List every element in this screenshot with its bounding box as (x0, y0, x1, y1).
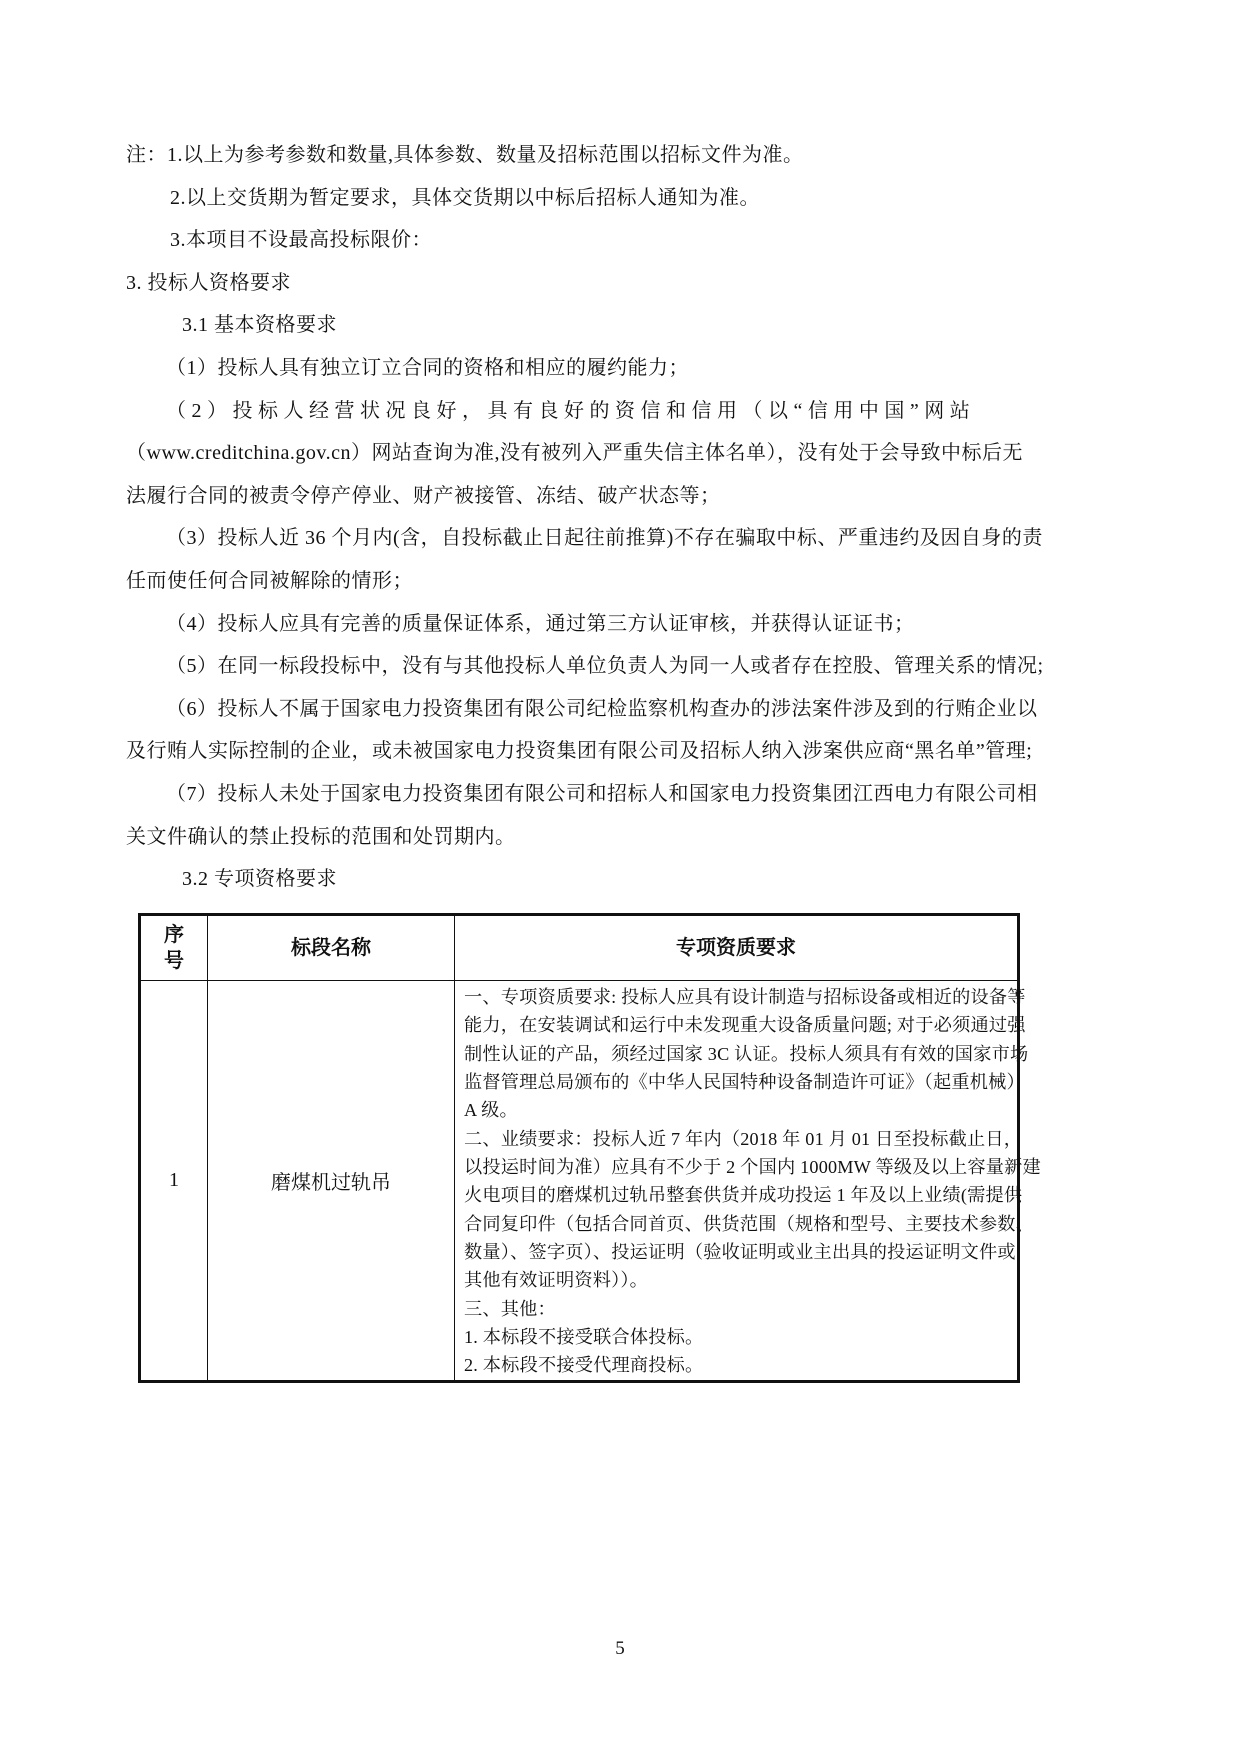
paragraph-line: （1）投标人具有独立订立合同的资格和相应的履约能力； (126, 347, 1026, 390)
document-page: 注：1.以上为参考参数和数量,具体参数、数量及招标范围以招标文件为准。2.以上交… (0, 0, 1240, 1754)
requirement-line: 制性认证的产品，须经过国家 3C 认证。投标人须具有有效的国家市场 (464, 1040, 1009, 1068)
special-qualification-table: 序 号 标段名称 专项资质要求 1 磨煤机过轨吊 一、专项资质要求: 投标人应具… (138, 913, 1020, 1383)
paragraph-line: 3. 投标人资格要求 (126, 262, 1026, 305)
requirement-line: 合同复印件（包括合同首页、供货范围（规格和型号、主要技术参数、 (464, 1210, 1009, 1238)
requirement-lines: 一、专项资质要求: 投标人应具有设计制造与招标设备或相近的设备等能力，在安装调试… (464, 983, 1009, 1380)
paragraph-line: 3.本项目不设最高投标限价： (126, 219, 1026, 262)
requirement-line: 监督管理总局颁布的《中华人民国特种设备制造许可证》（起重机械） (464, 1068, 1009, 1096)
requirement-line: 1. 本标段不接受联合体投标。 (464, 1323, 1009, 1351)
requirement-line: 以投运时间为准）应具有不少于 2 个国内 1000MW 等级及以上容量新建 (464, 1153, 1009, 1181)
paragraph-line: （2）投标人经营状况良好，具有良好的资信和信用（以“信用中国”网站 (126, 390, 1026, 433)
header-cell-requirements: 专项资质要求 (455, 915, 1019, 981)
paragraph-line: （www.creditchina.gov.cn）网站查询为准,没有被列入严重失信… (126, 432, 1026, 475)
table-data-row: 1 磨煤机过轨吊 一、专项资质要求: 投标人应具有设计制造与招标设备或相近的设备… (140, 981, 1019, 1382)
requirement-line: 二、业绩要求：投标人近 7 年内（2018 年 01 月 01 日至投标截止日， (464, 1125, 1009, 1153)
requirement-line: 能力，在安装调试和运行中未发现重大设备质量问题; 对于必须通过强 (464, 1011, 1009, 1039)
header-cell-section-name: 标段名称 (208, 915, 455, 981)
requirement-line: 火电项目的磨煤机过轨吊整套供货并成功投运 1 年及以上业绩(需提供 (464, 1181, 1009, 1209)
paragraph-line: 关文件确认的禁止投标的范围和处罚期内。 (126, 816, 1026, 859)
cell-serial-no: 1 (140, 981, 208, 1382)
paragraph-line: 法履行合同的被责令停产停业、财产被接管、冻结、破产状态等； (126, 475, 1026, 518)
paragraph-line: 3.2 专项资格要求 (126, 858, 1026, 901)
paragraph-line: （5）在同一标段投标中，没有与其他投标人单位负责人为同一人或者存在控股、管理关系… (126, 645, 1026, 688)
paragraph-line: 3.1 基本资格要求 (126, 304, 1026, 347)
paragraph-line: 注：1.以上为参考参数和数量,具体参数、数量及招标范围以招标文件为准。 (126, 134, 1026, 177)
table-header-row: 序 号 标段名称 专项资质要求 (140, 915, 1019, 981)
requirement-line: 一、专项资质要求: 投标人应具有设计制造与招标设备或相近的设备等 (464, 983, 1009, 1011)
paragraph-line: （6）投标人不属于国家电力投资集团有限公司纪检监察机构查办的涉法案件涉及到的行贿… (126, 688, 1026, 731)
paragraph-line: 及行贿人实际控制的企业，或未被国家电力投资集团有限公司及招标人纳入涉案供应商“黑… (126, 730, 1026, 773)
paragraph-line: 任而使任何合同被解除的情形； (126, 560, 1026, 603)
paragraph-line: 2.以上交货期为暂定要求，具体交货期以中标后招标人通知为准。 (126, 177, 1026, 220)
requirement-line: 其他有效证明资料））。 (464, 1266, 1009, 1294)
requirement-line: 三、其他： (464, 1295, 1009, 1323)
requirement-line: A 级。 (464, 1096, 1009, 1124)
cell-section-name: 磨煤机过轨吊 (208, 981, 455, 1382)
header-serial-line2: 号 (142, 948, 206, 974)
page-number: 5 (0, 1638, 1240, 1660)
body-paragraphs: 注：1.以上为参考参数和数量,具体参数、数量及招标范围以招标文件为准。2.以上交… (126, 134, 1026, 901)
requirement-line: 数量）、签字页）、投运证明（验收证明或业主出具的投运证明文件或 (464, 1238, 1009, 1266)
header-cell-serial-no: 序 号 (140, 915, 208, 981)
requirement-line: 2. 本标段不接受代理商投标。 (464, 1351, 1009, 1379)
paragraph-line: （7）投标人未处于国家电力投资集团有限公司和招标人和国家电力投资集团江西电力有限… (126, 773, 1026, 816)
paragraph-line: （4）投标人应具有完善的质量保证体系，通过第三方认证审核，并获得认证证书； (126, 603, 1026, 646)
cell-requirements: 一、专项资质要求: 投标人应具有设计制造与招标设备或相近的设备等能力，在安装调试… (455, 981, 1019, 1382)
paragraph-line: （3）投标人近 36 个月内(含，自投标截止日起往前推算)不存在骗取中标、严重违… (126, 517, 1026, 560)
header-serial-line1: 序 (142, 922, 206, 948)
